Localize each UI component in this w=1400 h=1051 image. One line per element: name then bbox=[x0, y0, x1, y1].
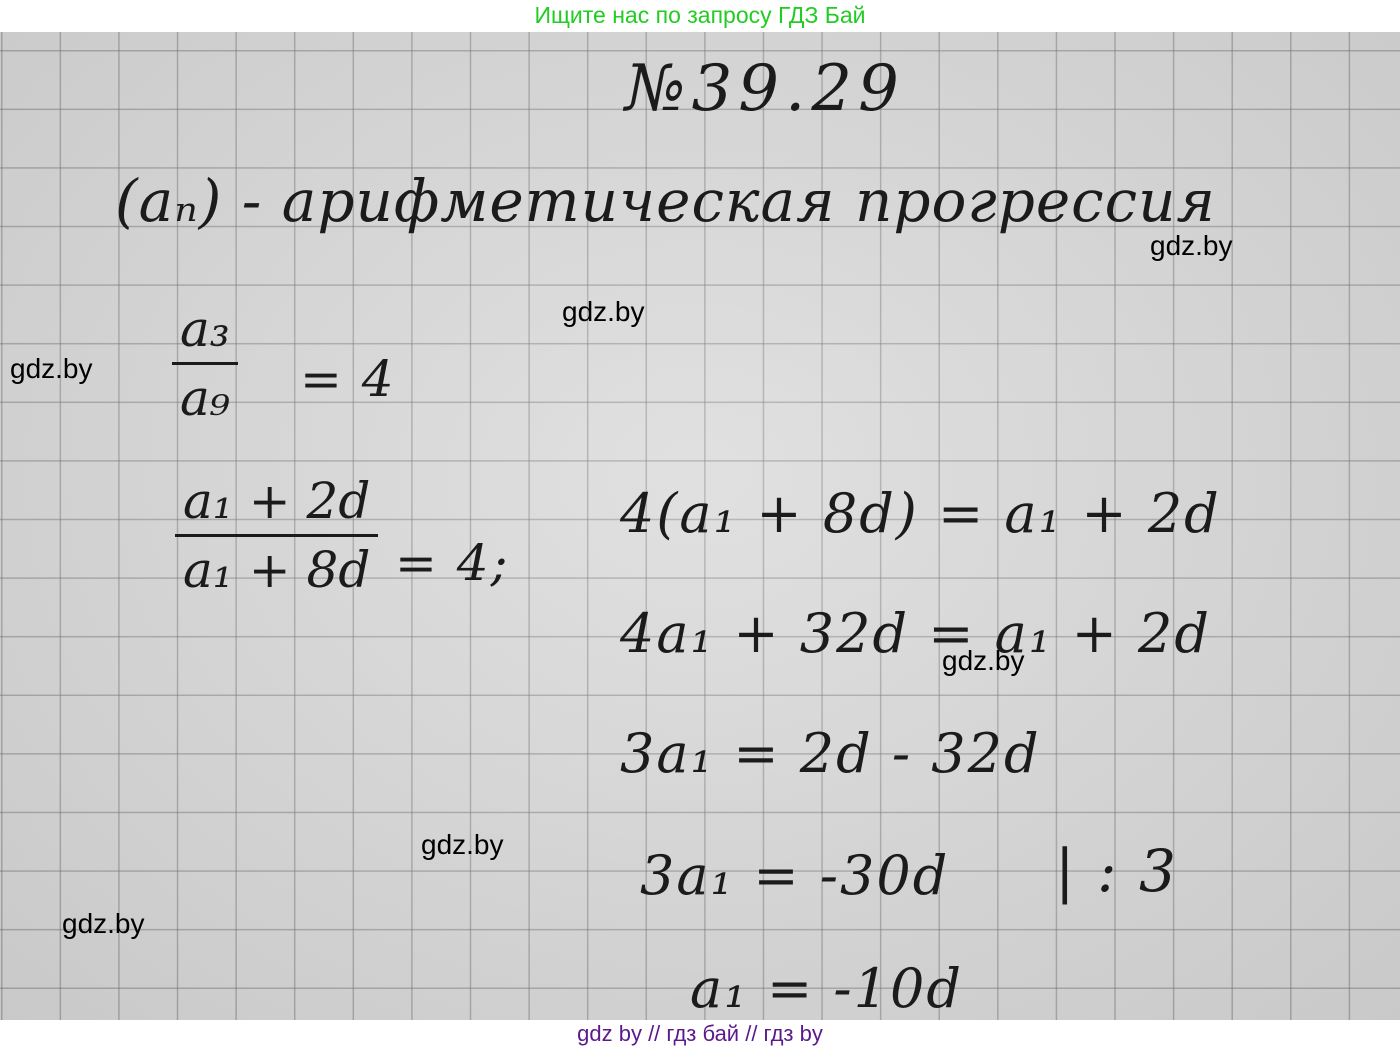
watermark: gdz.by bbox=[1150, 230, 1233, 262]
watermark: gdz.by bbox=[562, 296, 645, 328]
substituted-fraction: a₁ + 2d a₁ + 8d bbox=[175, 472, 378, 599]
top-banner[interactable]: Ищите нас по запросу ГДЗ Бай bbox=[0, 0, 1400, 32]
watermark: gdz.by bbox=[942, 645, 1025, 677]
solution-step: 4a₁ + 32d = a₁ + 2d bbox=[620, 602, 1211, 665]
ratio-denominator: a₉ bbox=[172, 369, 238, 427]
solution-step: 3a₁ = -30d bbox=[640, 844, 949, 907]
fraction-bar bbox=[172, 362, 238, 365]
notebook-page: №39.29 (aₙ) - арифметическая прогрессия … bbox=[0, 32, 1400, 1020]
fraction-bar bbox=[175, 534, 378, 537]
substituted-numerator: a₁ + 2d bbox=[175, 472, 378, 530]
watermark: gdz.by bbox=[10, 353, 93, 385]
solution-result: a₁ = -10d bbox=[690, 957, 963, 1020]
bottom-banner[interactable]: gdz by // гдз бай // гдз by bbox=[0, 1020, 1400, 1051]
solution-step: 3a₁ = 2d - 32d bbox=[620, 722, 1041, 785]
watermark: gdz.by bbox=[421, 829, 504, 861]
problem-number: №39.29 bbox=[625, 52, 905, 126]
solution-step: 4(a₁ + 8d) = a₁ + 2d bbox=[620, 482, 1221, 545]
ratio-numerator: a₃ bbox=[172, 300, 238, 358]
substituted-denominator: a₁ + 8d bbox=[175, 541, 378, 599]
division-note: | : 3 bbox=[1055, 837, 1178, 905]
watermark: gdz.by bbox=[62, 908, 145, 940]
ratio-fraction: a₃ a₉ bbox=[172, 300, 238, 427]
ratio-equals: = 4 bbox=[300, 350, 396, 408]
substituted-equals: = 4; bbox=[395, 534, 509, 592]
problem-statement: (aₙ) - арифметическая прогрессия bbox=[115, 167, 1216, 235]
